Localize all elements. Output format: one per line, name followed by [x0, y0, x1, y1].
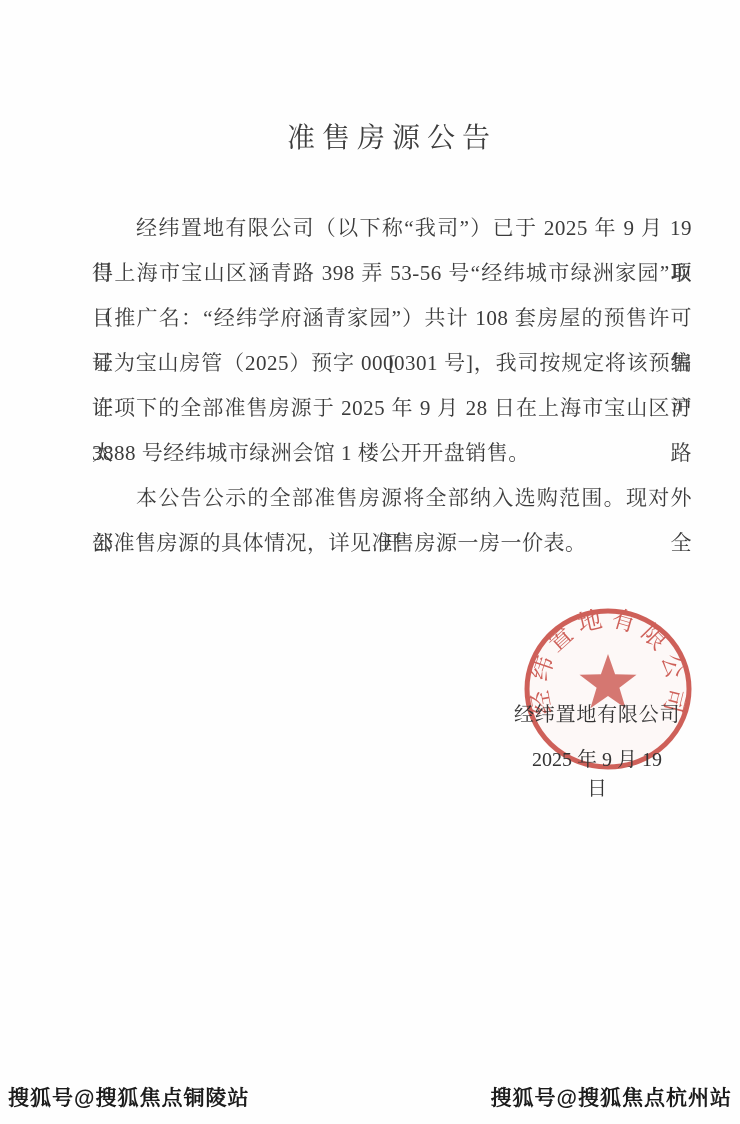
body-line: 经纬置地有限公司（以下称“我司”）已于 2025 年 9 月 19 日取	[92, 206, 692, 251]
signature-date: 2025 年 9 月 19 日	[522, 743, 672, 801]
announcement-document: 准售房源公告 经纬置地有限公司（以下称“我司”）已于 2025 年 9 月 19…	[0, 0, 740, 1124]
body-line: 本公告公示的全部准售房源将全部纳入选购范围。现对外公开全	[92, 476, 692, 521]
body-line: （推广名：“经纬学府涵青家园”）共计 108 套房屋的预售许可证[编	[92, 296, 692, 341]
page-title: 准售房源公告	[92, 116, 692, 161]
document-body: 经纬置地有限公司（以下称“我司”）已于 2025 年 9 月 19 日取 得上海…	[92, 206, 692, 566]
body-line: 得上海市宝山区涵青路 398 弄 53-56 号“经纬城市绿洲家园”项目	[92, 251, 692, 296]
body-line: 号为宝山房管（2025）预字 0000301 号]，我司按规定将该预售许可	[92, 341, 692, 386]
watermark-sohu-hangzhou: 搜狐号@搜狐焦点杭州站	[491, 1082, 732, 1112]
watermark-sohu-tongling: 搜狐号@搜狐焦点铜陵站	[8, 1082, 249, 1112]
body-line: 证项下的全部准售房源于 2025 年 9 月 28 日在上海市宝山区沪太路	[92, 386, 692, 431]
signature-company: 经纬置地有限公司	[514, 698, 680, 727]
